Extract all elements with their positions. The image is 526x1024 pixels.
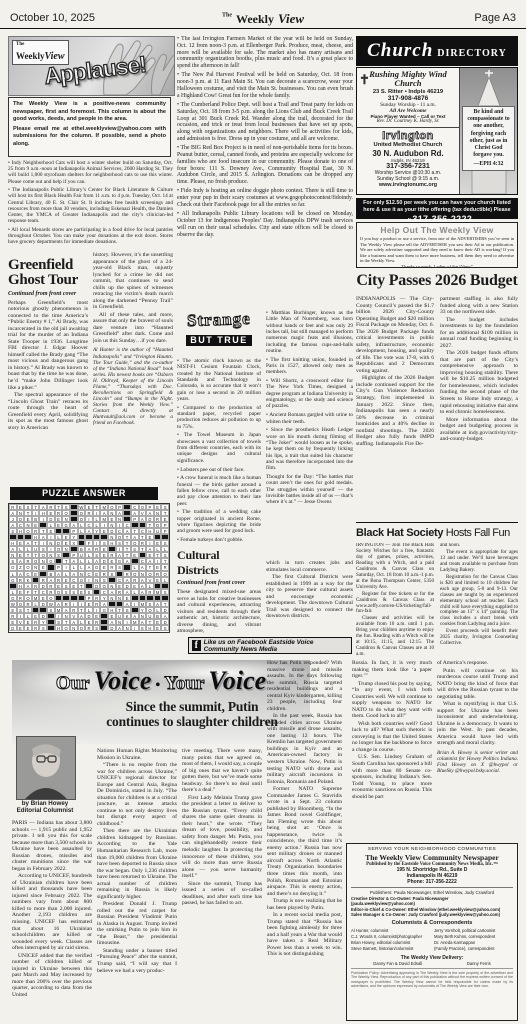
ghost-tour-continued: Continued from front cover	[8, 291, 88, 297]
publication-phone: Phone: 317-356-2222	[351, 879, 513, 885]
publication-name: The Weekly View Community Newspaper	[351, 853, 513, 862]
help-out-box: Help Out The Weekly View If you buy a pr…	[356, 222, 518, 268]
columnists-lists: Al Hunter, columnistC.J. Woods II, colum…	[351, 928, 513, 952]
serving-line: SERVING YOUR NEIGHBORHOOD COMMUNITIES	[351, 847, 513, 852]
blackhat-headline-bold: Black Hat Society	[356, 527, 443, 539]
irvington-church-phone: 317-356-7231	[359, 163, 457, 170]
banner-our: Our	[56, 673, 90, 694]
scripture-verse-box: Be kind and compassionate to one another…	[462, 106, 515, 171]
voice-col6: of America’s response.Putin will continu…	[437, 660, 518, 748]
irvington-church-name: Irvington	[359, 130, 457, 142]
voice-col3: tive meeting. There were many, many poin…	[182, 748, 262, 1020]
section-divider	[356, 522, 518, 523]
ghost-tour-col2: history. However, it’s the unsettling ap…	[93, 252, 173, 482]
rushing-church-pastor: Rev. Dr. Courtney K. Hardy, Sr.	[359, 119, 457, 124]
ghost-tour-title-line2: Ghost Tour	[8, 273, 88, 288]
help-out-signature: Thanks so much, Ladies of the “View”	[360, 264, 514, 269]
irvington-church-website: www.irvingtonumc.org	[359, 182, 457, 188]
church-listing-ad-bar: For only $12.50 per week you can have yo…	[356, 198, 518, 219]
budget-col2: partment staffing is also fully funded a…	[440, 296, 518, 518]
publication-masthead-box: SERVING YOUR NEIGHBORHOOD COMMUNITIES Th…	[346, 843, 518, 1021]
applause-bullets: • Indy Neighborhood Cats will host a win…	[8, 160, 173, 256]
help-out-title: Help Out The Weekly View	[360, 225, 514, 235]
cross-icon: ✝	[359, 72, 370, 88]
byline-name: by Brian Howey	[22, 800, 68, 807]
strange-logo-word: Strange	[187, 309, 251, 331]
banner-your: Your	[164, 673, 204, 694]
but-true-logo-word: BUT TRUE	[186, 335, 252, 346]
voice-author-bio: Brian A. Howey is senior writer and colu…	[437, 750, 518, 774]
church-header-caps: DIRECTORY	[437, 48, 507, 59]
puzzle-grid: RESTARTSWETMOPCOPESANTIHEROORIANAAVANTJO…	[8, 503, 170, 633]
ghost-tour-title-line1: Greenfield	[8, 258, 88, 273]
irvington-church-ad: Irvington United Methodist Church 30 N. …	[357, 128, 459, 194]
blackhat-headline: Black Hat Society Hosts Fall Fun	[356, 527, 518, 539]
publication-policy: Publication Policy: Advertising appearin…	[351, 968, 513, 989]
cultural-districts-title: Cultural Districts	[177, 548, 261, 578]
columnists-left: Al Hunter, columnistC.J. Woods II, colum…	[351, 928, 430, 952]
puzzle-answer-label: PUZZLE ANSWER	[10, 487, 158, 500]
voice-col2: Nations Human Rights Monitoring Mission …	[97, 748, 177, 1020]
budget-col1: INDIANAPOLIS — The City-County Council’s…	[356, 296, 434, 518]
facebook-icon: f	[192, 640, 201, 651]
irvington-church-address: 30 N. Audubon Rd.	[359, 149, 457, 158]
rushing-church-ad: ✝ Rushing Mighty Wind Church 23 S. Ritte…	[357, 68, 459, 128]
facebook-bar: f Like us on Facebook Eastside Voice Com…	[188, 637, 352, 654]
banner-voice1: Voice	[94, 666, 152, 695]
voice-col1: PARIS — Indiana has about 3,800 schools …	[12, 820, 92, 1020]
masthead-title: The Weekly View	[0, 10, 526, 28]
rushing-church-address: 23 S. Ritter • Indpls 46219	[359, 89, 457, 95]
columnists-title: Columnists & Correspondents	[351, 920, 513, 926]
rushing-church-phone: 317-908-4876	[359, 95, 457, 102]
community-events-bullets: • The last Irvington Farmers Market of t…	[177, 36, 353, 308]
masthead-the: The	[222, 13, 232, 19]
delivery-names: Danny Fan & David EdsallDanny Ferris	[351, 961, 513, 966]
blackhat-col2: and noon.The event is appropriate for ag…	[440, 543, 518, 657]
newspaper-page: October 10, 2025 The Weekly View Page A3…	[0, 0, 526, 1024]
scripture-reference: —EPH 4:32	[465, 161, 512, 168]
page-header: October 10, 2025 The Weekly View Page A3	[0, 4, 526, 29]
cultural-districts-continued: Continued from front cover	[177, 580, 261, 586]
strange-facts-col2: • Matthias Buchinger, known as the Littl…	[266, 310, 353, 546]
cultural-districts-col1: Cultural Districts Continued from front …	[177, 548, 261, 632]
staff-roles: Creative Director & Co-Owner: Paula Nice…	[351, 896, 513, 918]
blackhat-headline-rest: Hosts Fall Fun	[443, 527, 509, 539]
help-out-body: If you buy a product or use a service, f…	[360, 236, 514, 264]
columnists-right: Jerry Vornholt, political cartoonistMary…	[434, 928, 513, 952]
strange-facts-col1: • The atomic clock known as the NIST-F1 …	[177, 358, 261, 544]
banner-voice2: Voice	[208, 666, 266, 695]
irvington-church-sub: United Methodist Church	[359, 142, 457, 148]
masthead-weekly: Weekly	[236, 12, 274, 26]
page-number: Page A3	[474, 12, 516, 24]
strange-but-true-logo: Strange BUT TRUE	[177, 310, 261, 356]
blackhat-col1: IRVINGTON — Join The Black Hats Society …	[356, 543, 434, 657]
columnist-portrait	[17, 737, 75, 799]
budget-headline: City Passes 2026 Budget	[356, 272, 518, 290]
applause-graphic: The WeeklyView Applause!	[8, 36, 175, 96]
ghost-tour-author-bio: Al Hunter is the author of “Haunted Indi…	[93, 347, 173, 426]
facebook-text: Like us on Facebook Eastside Voice Commu…	[204, 639, 348, 653]
publishers-line: Publishers: Paula Nicewanger, Ethel Wins…	[351, 887, 513, 895]
logo-the: The	[16, 42, 65, 47]
church-directory-box: ✝ Rushing Mighty Wind Church 23 S. Ritte…	[356, 67, 518, 195]
columnist-byline: by Brian Howey Editorial Columnist	[10, 800, 80, 815]
church-header-script: Church	[367, 40, 433, 61]
voice-col5: Russia. In fact, it is very much making …	[352, 660, 432, 838]
cultural-districts-col2: which in turn creates jobs and stimulate…	[266, 560, 353, 634]
logo-weekly: Weekly	[16, 51, 45, 61]
church-ads: ✝ Rushing Mighty Wind Church 23 S. Ritte…	[357, 68, 460, 194]
scripture-verse: Be kind and compassionate to one another…	[467, 109, 509, 158]
our-voice-title: Our Voice • Your Voice	[12, 666, 310, 696]
church-directory-header: Church DIRECTORY	[356, 36, 518, 66]
banner-dot: •	[155, 678, 160, 693]
ghost-tour-col1: Greenfield Ghost Tour Continued from fro…	[8, 258, 88, 482]
applause-mission-box: The Weekly View is a positive-news commu…	[8, 97, 171, 157]
columnist-photo	[16, 736, 76, 800]
masthead-view: View	[278, 11, 304, 26]
rushing-church-name: Rushing Mighty Wind Church	[359, 70, 457, 88]
our-voice-banner: Our Voice • Your Voice Since the summit,…	[12, 660, 310, 744]
voice-col6-wrap: of America’s response.Putin will continu…	[437, 660, 518, 840]
voice-col4: How has Putin responded? With massive dr…	[267, 660, 342, 1020]
byline-role: Editorial Columnist	[17, 807, 74, 814]
church-steeple-photo: Be kind and compassionate to one another…	[460, 68, 517, 194]
